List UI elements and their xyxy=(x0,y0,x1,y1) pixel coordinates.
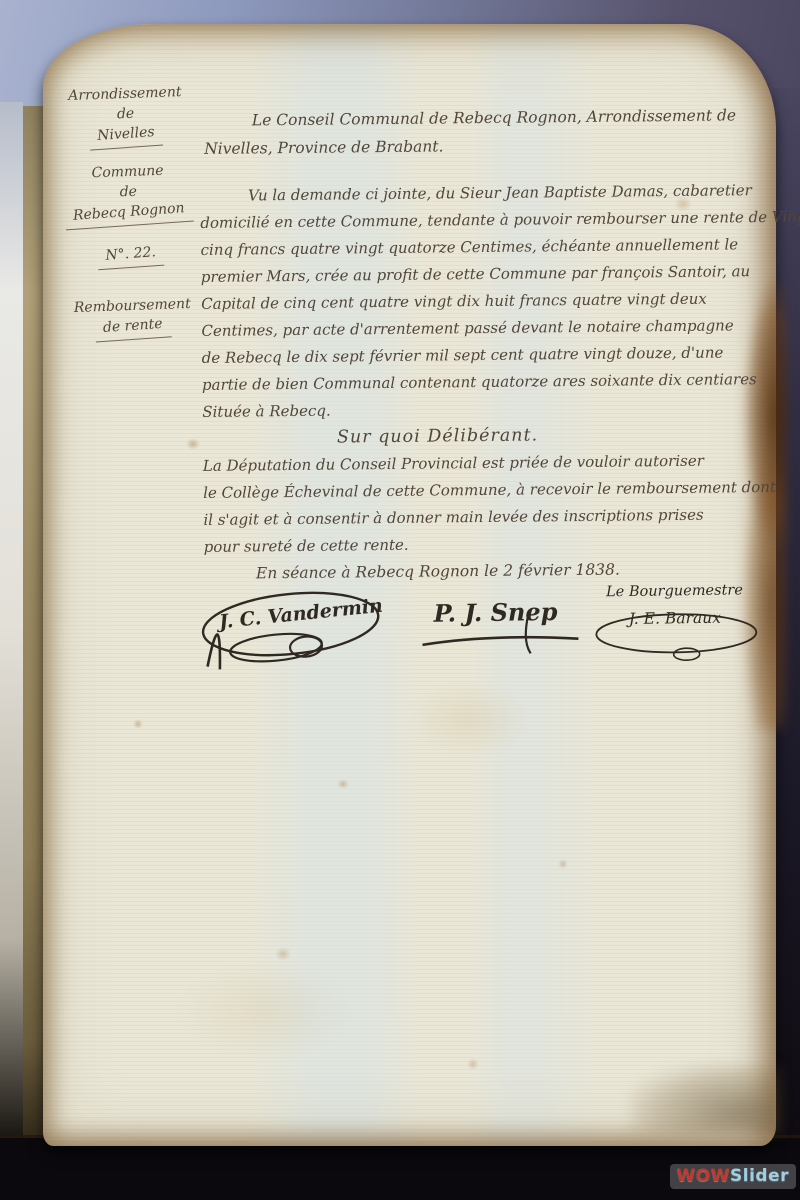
signature-name: P. J. Snep xyxy=(433,597,557,628)
signature-name: J. E. Baraux xyxy=(581,608,768,629)
heading-line: Nivelles, Province de Brabant. xyxy=(204,129,762,163)
document-heading: Le Conseil Communal de Rebecq Rognon, Ar… xyxy=(204,101,763,163)
margin-annotations: Arrondissement de Nivelles Commune de Re… xyxy=(44,81,215,342)
margin-line: Nivelles xyxy=(89,122,164,151)
margin-line: de rente xyxy=(94,313,171,342)
signature-title: Le Bourguemestre xyxy=(581,582,768,601)
heading-line: Le Conseil Communal de Rebecq Rognon, Ar… xyxy=(204,101,762,135)
signature-row: J. C. Vandermin P. J. Snep Le Bourguemes… xyxy=(200,582,769,634)
document-body: Vu la demande ci jointe, du Sieur Jean B… xyxy=(200,177,764,588)
backdrop-right-strip xyxy=(773,88,800,1148)
backdrop-left-strip xyxy=(0,102,23,1148)
signature-bourgmestre: Le Bourguemestre J. E. Baraux xyxy=(581,582,768,629)
photo-of-manuscript-page: Arrondissement de Nivelles Commune de Re… xyxy=(0,0,800,1200)
margin-dossier-number: N°. 22. xyxy=(97,242,165,271)
wowslider-watermark[interactable]: WOWSlider xyxy=(670,1164,796,1189)
signature-name: J. C. Vandermin xyxy=(218,595,384,634)
signature-snep: P. J. Snep xyxy=(409,585,581,628)
watermark-slider: Slider xyxy=(730,1166,789,1186)
watermark-wow: WOW xyxy=(677,1166,730,1186)
